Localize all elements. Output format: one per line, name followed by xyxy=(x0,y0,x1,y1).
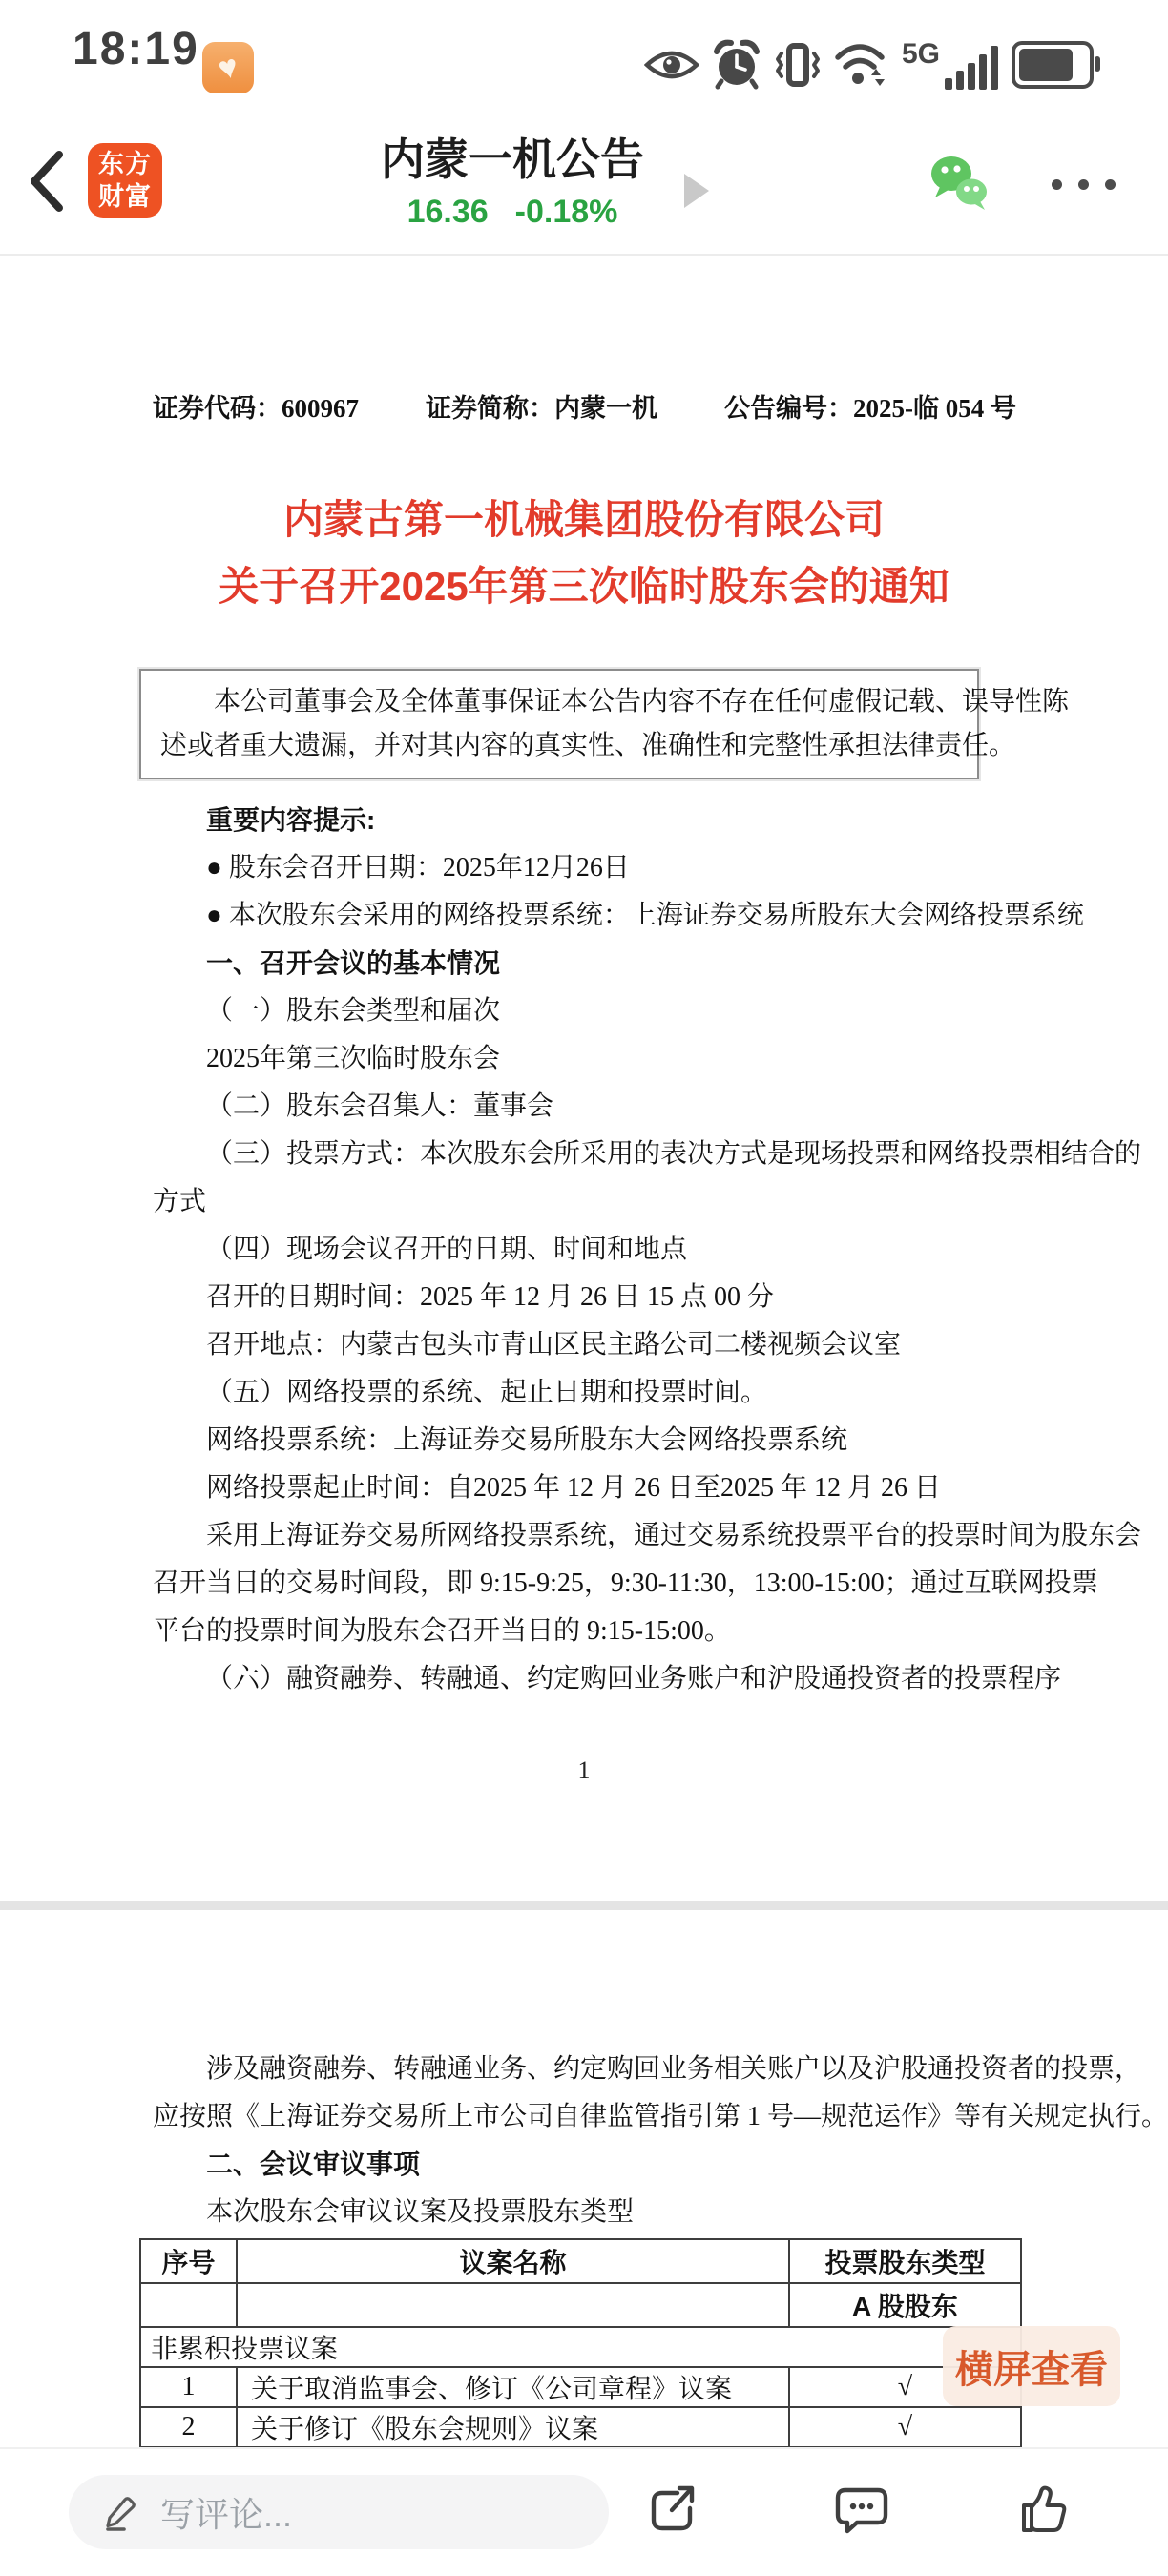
proposal-no: 1 xyxy=(140,2367,237,2407)
page-number: 1 xyxy=(115,1756,1053,1785)
battery-icon xyxy=(1012,41,1094,89)
content-line: 本次股东会审议议案及投票股东类型 xyxy=(153,2189,1053,2236)
content-line: 采用上海证券交易所网络投票系统，通过交易系统投票平台的投票时间为股东会 xyxy=(153,1512,1053,1560)
stock-quote: 16.36-0.18% xyxy=(381,193,644,231)
announcement-title-line1: 内蒙古第一机械集团股份有限公司 xyxy=(115,493,1053,547)
table-header-cell: 议案名称 xyxy=(237,2239,789,2283)
content-line: 一、召开会议的基本情况 xyxy=(153,940,1053,987)
heart-app-icon: ♥ xyxy=(202,42,254,93)
table-row: 2 关于修订《股东会规则》议案 √ xyxy=(140,2407,1021,2447)
table-cell xyxy=(140,2283,237,2327)
wifi-icon xyxy=(835,41,888,89)
app-logo: 东方 财富 xyxy=(88,143,162,218)
table-subheader-cell: A 股股东 xyxy=(789,2283,1021,2327)
content-line: （六）融资融券、转融通、约定购回业务账户和沪股通投资者的投票程序 xyxy=(153,1655,1053,1703)
security-name: 证券简称：内蒙一机 xyxy=(426,387,657,425)
app-logo-line2: 财富 xyxy=(88,180,162,213)
table-cell xyxy=(237,2283,789,2327)
disclaimer-box: 本公司董事会及全体董事保证本公告内容不存在任何虚假记载、误导性陈 述或者重大遗漏… xyxy=(139,669,979,779)
app-logo-line1: 东方 xyxy=(88,148,162,180)
content-line: 召开的日期时间：2025 年 12 月 26 日 15 点 00 分 xyxy=(153,1274,1053,1321)
table-subheader-row: A 股股东 xyxy=(140,2283,1021,2327)
vibrate-icon xyxy=(774,39,822,91)
page-divider xyxy=(0,1901,1168,1910)
table-header-cell: 投票股东类型 xyxy=(789,2239,1021,2283)
status-bar: 18:19 ♥ xyxy=(0,0,1168,107)
expand-arrow-icon[interactable] xyxy=(684,174,709,208)
disclaimer-line: 述或者重大遗漏，并对其内容的真实性、准确性和完整性承担法律责任。 xyxy=(160,724,958,768)
disclaimer-line: 本公司董事会及全体董事保证本公告内容不存在任何虚假记载、误导性陈 xyxy=(160,680,958,724)
content-line: ● 股东会召开日期：2025年12月26日 xyxy=(153,844,1053,892)
page-title: 内蒙一机公告 xyxy=(381,132,644,187)
content-line: ● 本次股东会采用的网络投票系统：上海证券交易所股东大会网络投票系统 xyxy=(153,892,1053,940)
back-button[interactable] xyxy=(27,149,69,214)
landscape-view-button[interactable]: 横屏查看 xyxy=(943,2326,1120,2406)
announcement-title-line2: 关于召开2025年第三次临时股东会的通知 xyxy=(115,560,1053,613)
comment-button[interactable] xyxy=(832,2481,891,2540)
table-header-row: 序号 议案名称 投票股东类型 xyxy=(140,2239,1021,2283)
comment-placeholder: 写评论... xyxy=(160,2488,292,2537)
bottom-bar: 写评论... xyxy=(0,2447,1168,2576)
status-icons: 5G xyxy=(644,38,1094,92)
share-button[interactable] xyxy=(643,2481,702,2540)
eye-icon xyxy=(644,46,699,84)
screen: 18:19 ♥ xyxy=(0,0,1168,2576)
doc-meta-row: 证券代码：600967 证券简称：内蒙一机 公告编号：2025-临 054 号 xyxy=(153,387,1016,425)
content-line: （三）投票方式：本次股东会所采用的表决方式是现场投票和网络投票相结合的 xyxy=(153,1131,1053,1178)
alarm-icon xyxy=(713,39,761,91)
proposal-name: 关于修订《股东会规则》议案 xyxy=(237,2407,789,2447)
content-line: 召开地点：内蒙古包头市青山区民主路公司二楼视频会议室 xyxy=(153,1321,1053,1369)
pencil-icon xyxy=(101,2492,139,2532)
proposal-vote: √ xyxy=(789,2407,1021,2447)
like-button[interactable] xyxy=(1014,2481,1074,2540)
status-time: 18:19 xyxy=(73,23,199,75)
content-line: 方式 xyxy=(153,1178,1053,1226)
doc-body: 涉及融资融券、转融通业务、约定购回业务相关账户以及沪股通投资者的投票， 应按照《… xyxy=(153,2046,1053,2236)
content-line: 重要内容提示: xyxy=(153,797,1053,844)
notice-number: 公告编号：2025-临 054 号 xyxy=(724,387,1016,425)
content-line: 应按照《上海证券交易所上市公司自律监管指引第 1 号—规范运作》等有关规定执行。 xyxy=(153,2093,1053,2141)
content-line: 网络投票起止时间：自2025 年 12 月 26 日至2025 年 12 月 2… xyxy=(153,1465,1053,1512)
security-code: 证券代码：600967 xyxy=(153,387,359,425)
content-line: （四）现场会议召开的日期、时间和地点 xyxy=(153,1226,1053,1274)
nav-header: 东方 财富 内蒙一机公告 16.36-0.18% xyxy=(0,107,1168,256)
table-header-cell: 序号 xyxy=(140,2239,237,2283)
wechat-share-button[interactable] xyxy=(928,153,991,214)
content-line: 平台的投票时间为股东会召开当日的 9:15-15:00。 xyxy=(153,1608,1053,1655)
content-line: （五）网络投票的系统、起止日期和投票时间。 xyxy=(153,1369,1053,1417)
title-block[interactable]: 内蒙一机公告 16.36-0.18% xyxy=(381,132,644,231)
content-line: 涉及融资融券、转融通业务、约定购回业务相关账户以及沪股通投资者的投票， xyxy=(153,2046,1053,2093)
doc-body: 重要内容提示: ● 股东会召开日期：2025年12月26日 ● 本次股东会采用的… xyxy=(153,797,1053,1703)
comment-input[interactable]: 写评论... xyxy=(69,2475,609,2549)
content-line: 2025年第三次临时股东会 xyxy=(153,1035,1053,1083)
content-line: （二）股东会召集人：董事会 xyxy=(153,1083,1053,1131)
content-line: 网络投票系统：上海证券交易所股东大会网络投票系统 xyxy=(153,1417,1053,1465)
table-row: 1 关于取消监事会、修订《公司章程》议案 √ xyxy=(140,2367,1021,2407)
table-section-cell: 非累积投票议案 xyxy=(140,2327,1021,2367)
content-line: 召开当日的交易时间段，即 9:15-9:25，9:30-11:30，13:00-… xyxy=(153,1560,1053,1608)
content-line: （一）股东会类型和届次 xyxy=(153,987,1053,1035)
stock-price: 16.36 xyxy=(407,194,489,230)
content-line: 二、会议审议事项 xyxy=(153,2141,1053,2189)
table-section-row: 非累积投票议案 xyxy=(140,2327,1021,2367)
stock-change: -0.18% xyxy=(515,194,618,230)
signal-5g-icon: 5G xyxy=(902,40,998,90)
more-menu-button[interactable] xyxy=(1052,179,1116,190)
proposal-name: 关于取消监事会、修订《公司章程》议案 xyxy=(237,2367,789,2407)
document-page-1: 证券代码：600967 证券简称：内蒙一机 公告编号：2025-临 054 号 … xyxy=(0,256,1168,1901)
proposal-no: 2 xyxy=(140,2407,237,2447)
